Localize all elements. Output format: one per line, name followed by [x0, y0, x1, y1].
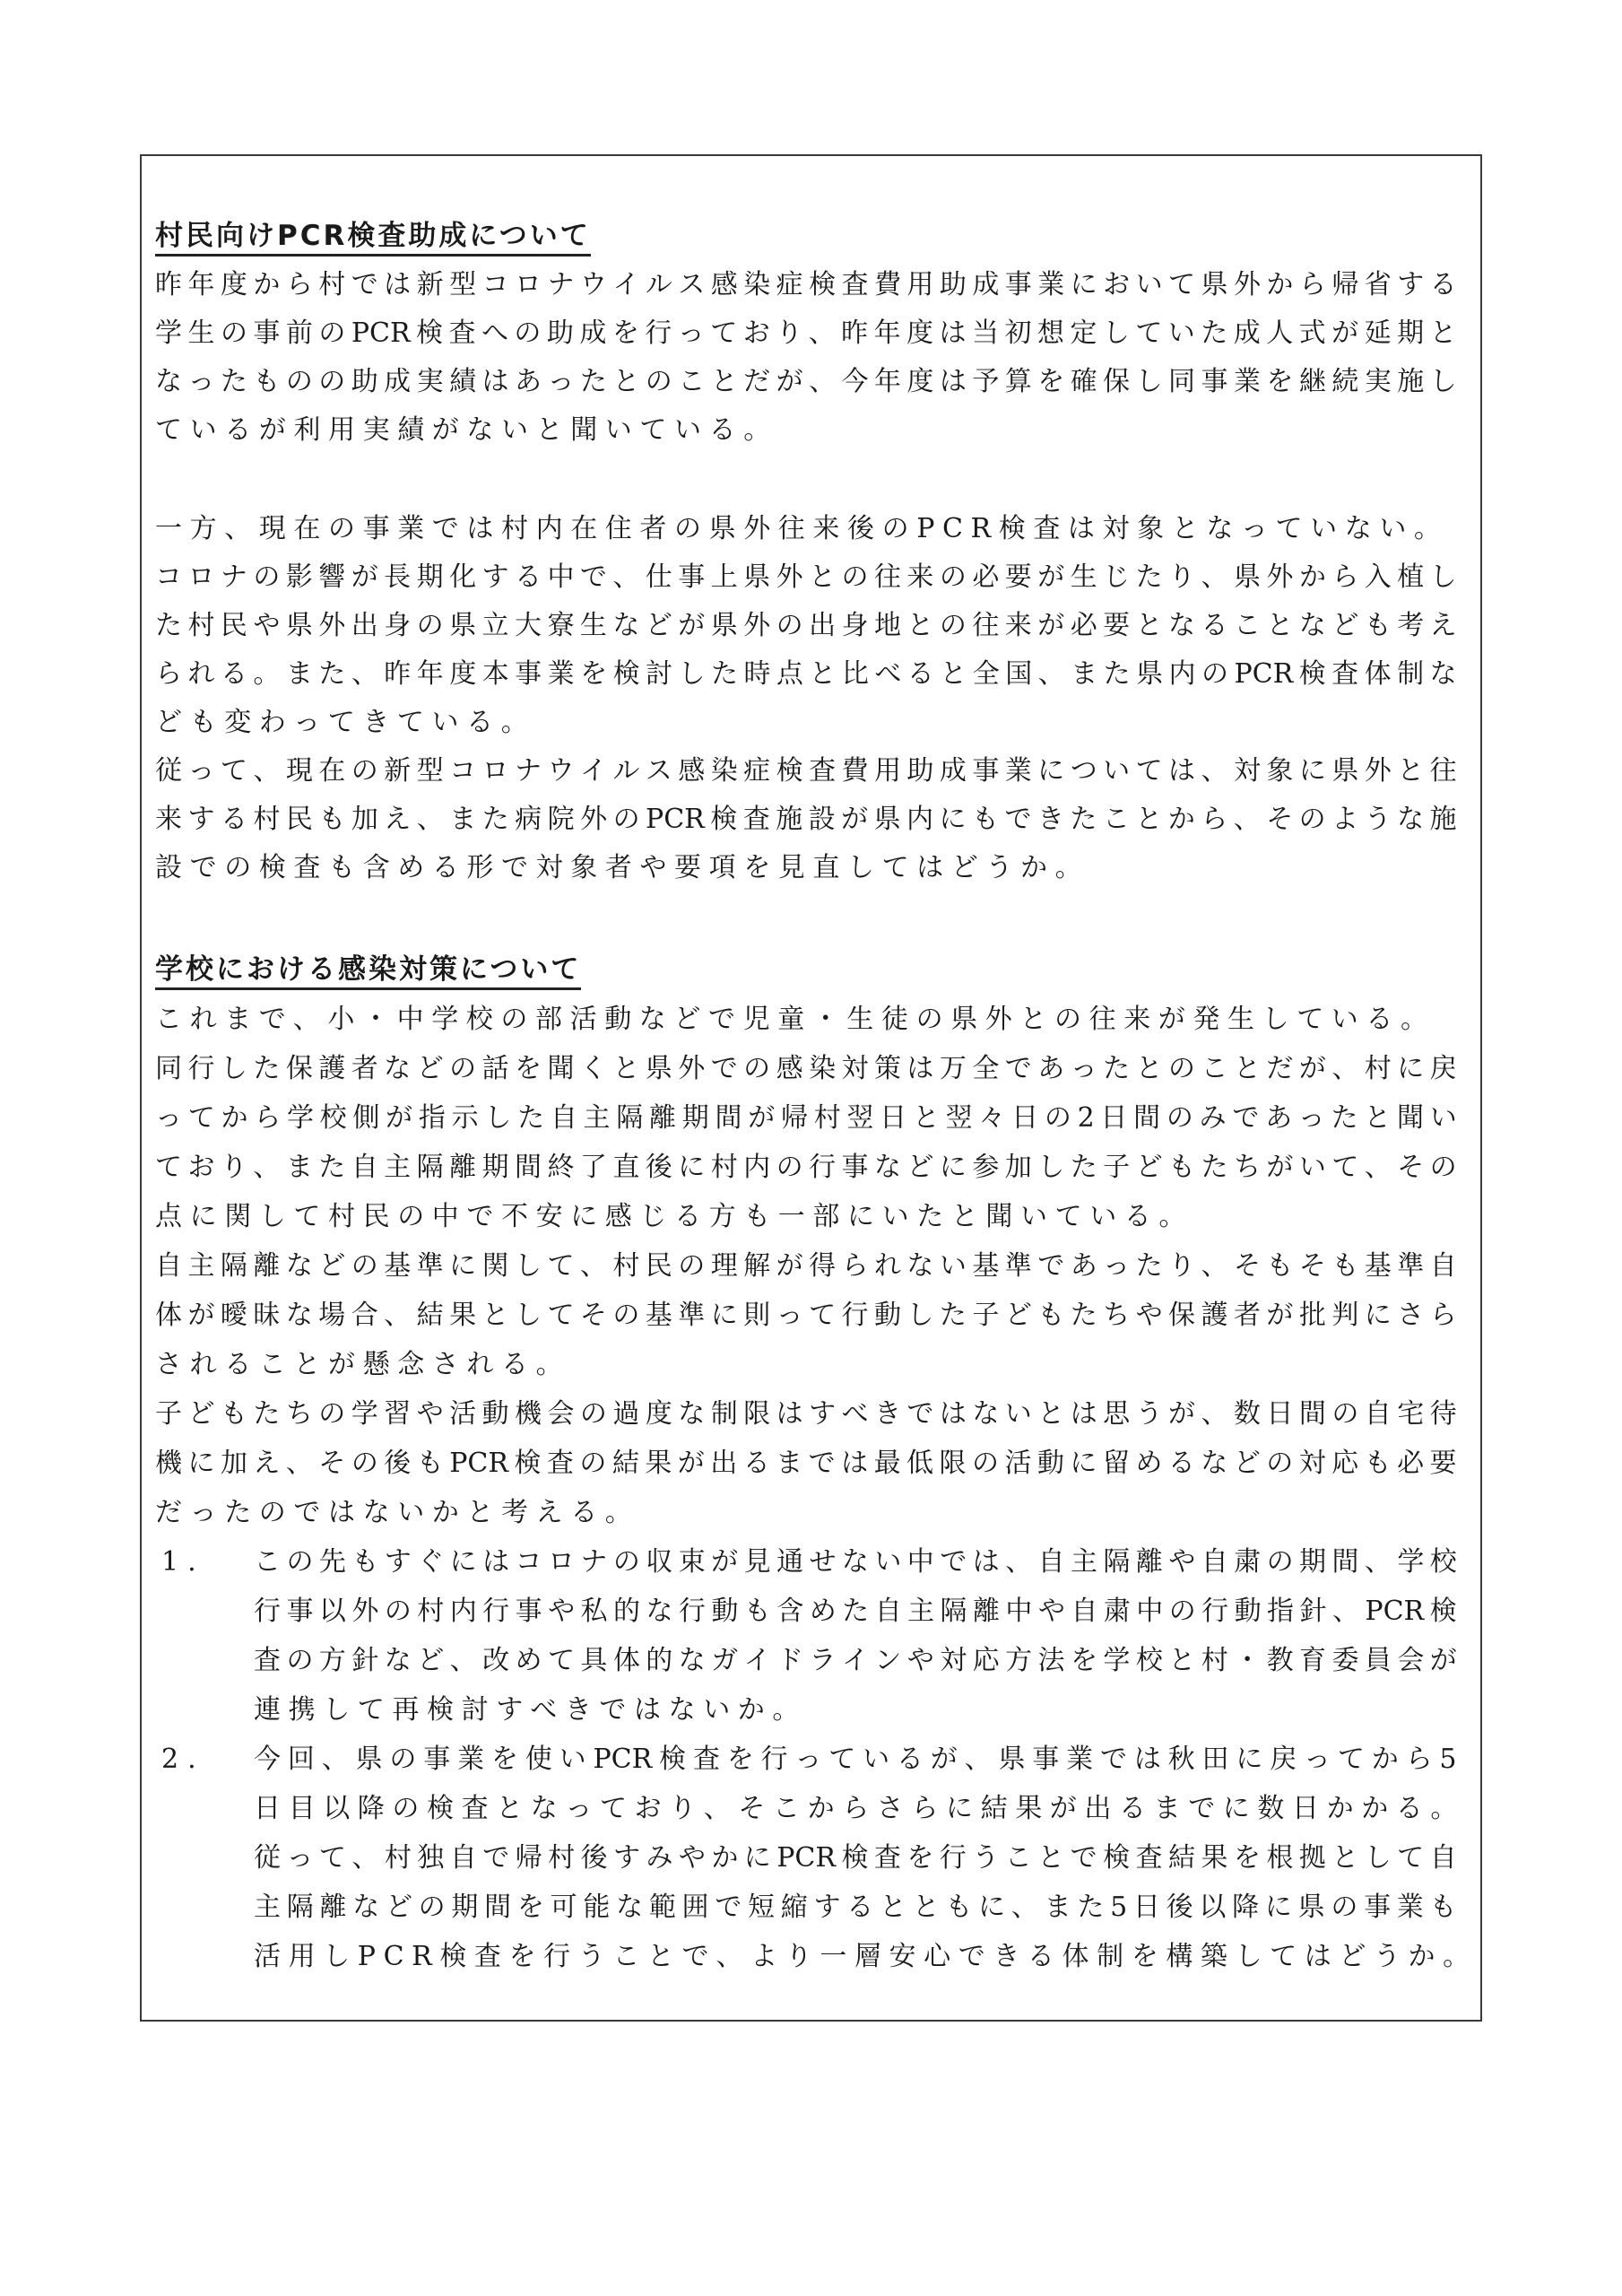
list-item-line: 活用しPCR検査を行うことで、より一層安心できる体制を構築してはどうか。	[254, 1939, 1478, 1975]
text-line: 学生の事前のPCR検査への助成を行っており、昨年度は当初想定していた成人式が延期…	[155, 316, 1457, 352]
text-line: 一方、現在の事業では村内在住者の県外往来後のPCR検査は対象となっていない。	[155, 511, 1449, 547]
text-line: 点に関して村民の中で不安に感じる方も一部にいたと聞いている。	[155, 1199, 1193, 1235]
text-line: 同行した保護者などの話を聞くと県外での感染対策は万全であったとのことだが、村に戻	[155, 1051, 1457, 1087]
text-line: ているが利用実績がないと聞いている。	[155, 413, 778, 448]
text-line: コロナの影響が長期化する中で、仕事上県外との往来の必要が生じたり、県外から入植し	[155, 560, 1457, 596]
text-line: ども変わってきている。	[155, 705, 535, 741]
list-item-line: 今回、県の事業を使いPCR検査を行っているが、県事業では秋田に戻ってから5	[254, 1742, 1457, 1778]
text-line: 体が曖昧な場合、結果としてその基準に則って行動した子どもたちや保護者が批判にさら	[155, 1298, 1457, 1334]
text-line: だったのではないかと考える。	[155, 1495, 639, 1531]
list-item-line: 従って、村独自で帰村後すみやかにPCR検査を行うことで検査結果を根拠として自	[254, 1840, 1457, 1876]
text-line: これまで、小・中学校の部活動などで児童・生徒の県外との往来が発生している。	[155, 1002, 1436, 1038]
text-line: 来する村民も加え、また病院外のPCR検査施設が県内にもできたことから、そのような…	[155, 802, 1457, 838]
list-item-line: 日目以降の検査となっており、そこからさらに結果が出るまでに数日かかる。	[254, 1791, 1465, 1827]
text-line: されることが懸念される。	[155, 1347, 570, 1383]
text-line: 自主隔離などの基準に関して、村民の理解が得られない基準であったり、そもそも基準自	[155, 1248, 1457, 1284]
text-line: なったものの助成実績はあったとのことだが、今年度は予算を確保し同事業を継続実施し	[155, 364, 1457, 400]
text-line: 設での検査も含める形で対象者や要項を見直してはどうか。	[155, 850, 1089, 886]
list-item-line: 行事以外の村内行事や私的な行動も含めた自主隔離中や自粛中の行動指針、PCR検	[254, 1594, 1457, 1630]
list-item-line: 主隔離などの期間を可能な範囲で短縮するとともに、また5日後以降に県の事業も	[254, 1890, 1457, 1926]
text-line: 子どもたちの学習や活動機会の過度な制限はすべきではないとは思うが、数日間の自宅待	[155, 1396, 1457, 1432]
list-item-line: 連携して再検討すべきではないか。	[254, 1692, 807, 1728]
text-line: られる。また、昨年度本事業を検討した時点と比べると全国、また県内のPCR検査体制…	[155, 657, 1457, 692]
list-item-line: この先もすぐにはコロナの収束が見通せない中では、自主隔離や自粛の期間、学校	[254, 1544, 1457, 1580]
list-item-number: 2.	[161, 1742, 205, 1778]
text-line: ってから学校側が指示した自主隔離期間が帰村翌日と翌々日の2日間のみであったと聞い	[155, 1100, 1457, 1136]
list-item-line: 査の方針など、改めて具体的なガイドラインや対応方法を学校と村・教育委員会が	[254, 1643, 1457, 1679]
text-line: た村民や県外出身の県立大寮生などが県外の出身地との往来が必要となることなども考え	[155, 608, 1457, 644]
section-heading-pcr-subsidy: 村民向けPCR検査助成について	[155, 218, 591, 257]
text-line: 従って、現在の新型コロナウイルス感染症検査費用助成事業については、対象に県外と往	[155, 753, 1457, 789]
text-line: ており、また自主隔離期間終了直後に村内の行事などに参加した子どもたちがいて、その	[155, 1150, 1457, 1186]
text-line: 昨年度から村では新型コロナウイルス感染症検査費用助成事業において県外から帰省する	[155, 267, 1457, 303]
text-line: 機に加え、その後もPCR検査の結果が出るまでは最低限の活動に留めるなどの対応も必…	[155, 1446, 1457, 1482]
list-item-number: 1.	[161, 1544, 205, 1580]
section-heading-school-measures: 学校における感染対策について	[155, 952, 581, 990]
